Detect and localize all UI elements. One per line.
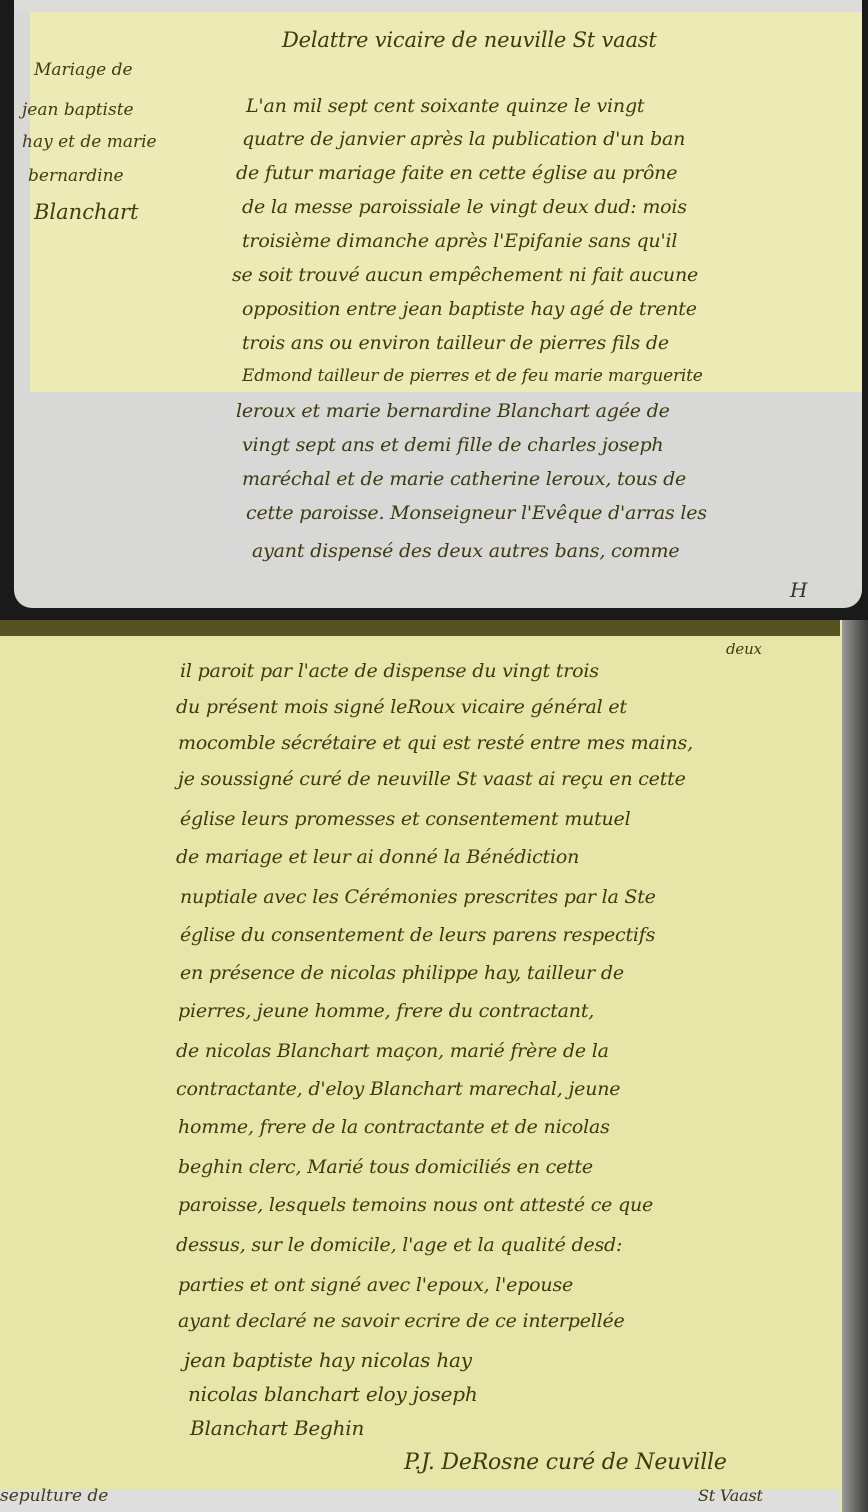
entry-line: contractante, d'eloy Blanchart marechal,… <box>176 1078 620 1100</box>
entry-line: vingt sept ans et demi fille de charles … <box>242 434 663 456</box>
entry-line: du présent mois signé leRoux vicaire gén… <box>176 696 627 718</box>
page-fold-shadow <box>0 620 840 636</box>
signature-line: nicolas blanchart eloy joseph <box>188 1382 478 1406</box>
signature-line: jean baptiste hay nicolas hay <box>184 1348 472 1372</box>
folio-mark: H <box>790 578 807 602</box>
next-entry-margin-note: sepulture de <box>0 1486 108 1506</box>
entry-line: quatre de janvier après la publication d… <box>242 128 685 150</box>
entry-line: parties et ont signé avec l'epoux, l'epo… <box>178 1274 573 1296</box>
register-page-bottom: deux il paroit par l'acte de dispense du… <box>0 620 868 1512</box>
margin-note-line: Blanchart <box>34 200 138 225</box>
entry-line: de mariage et leur ai donné la Bénédicti… <box>176 846 579 868</box>
register-page-top: Delattre vicaire de neuville St vaast Ma… <box>14 0 862 608</box>
margin-note-line: jean baptiste <box>22 100 134 120</box>
entry-line: église du consentement de leurs parens r… <box>180 924 655 946</box>
entry-line: de futur mariage faite en cette église a… <box>236 162 677 184</box>
entry-line: Edmond tailleur de pierres et de feu mar… <box>242 366 703 386</box>
entry-line: en présence de nicolas philippe hay, tai… <box>180 962 624 984</box>
entry-line: leroux et marie bernardine Blanchart agé… <box>236 400 670 422</box>
entry-line: dessus, sur le domicile, l'age et la qua… <box>176 1234 622 1256</box>
signature-line: Blanchart Beghin <box>190 1416 364 1440</box>
entry-line: trois ans ou environ tailleur de pierres… <box>242 332 669 354</box>
entry-line: maréchal et de marie catherine leroux, t… <box>242 468 686 490</box>
book-binding <box>842 620 868 1512</box>
entry-line: ayant declaré ne savoir ecrire de ce int… <box>178 1310 625 1332</box>
entry-line: pierres, jeune homme, frere du contracta… <box>178 1000 594 1022</box>
entry-line: homme, frere de la contractante et de ni… <box>178 1116 610 1138</box>
entry-line: église leurs promesses et consentement m… <box>180 808 630 830</box>
interlinear-insertion: deux <box>726 640 762 658</box>
page-edge <box>14 0 862 12</box>
margin-note-line: hay et de marie <box>22 132 157 152</box>
priest-signature-continued: St Vaast <box>698 1486 763 1505</box>
entry-line: je soussigné curé de neuville St vaast a… <box>178 768 686 790</box>
priest-signature: P.J. DeRosne curé de Neuville <box>404 1450 727 1475</box>
entry-line: nuptiale avec les Cérémonies prescrites … <box>180 886 656 908</box>
entry-line: de nicolas Blanchart maçon, marié frère … <box>176 1040 609 1062</box>
margin-note-line: bernardine <box>28 166 124 186</box>
entry-line: cette paroisse. Monseigneur l'Evêque d'a… <box>246 502 707 524</box>
entry-line: opposition entre jean baptiste hay agé d… <box>242 298 697 320</box>
entry-line: beghin clerc, Marié tous domiciliés en c… <box>178 1156 593 1178</box>
entry-line: il paroit par l'acte de dispense du ving… <box>180 660 599 682</box>
entry-line: de la messe paroissiale le vingt deux du… <box>242 196 687 218</box>
entry-line: ayant dispensé des deux autres bans, com… <box>252 540 679 562</box>
entry-line: paroisse, lesquels temoins nous ont atte… <box>178 1194 653 1216</box>
entry-line: L'an mil sept cent soixante quinze le vi… <box>246 95 644 117</box>
margin-note-line: Mariage de <box>34 60 133 80</box>
entry-line: mocomble sécrétaire et qui est resté ent… <box>178 732 693 754</box>
entry-line: se soit trouvé aucun empêchement ni fait… <box>232 264 698 286</box>
entry-line: troisième dimanche après l'Epifanie sans… <box>242 230 677 252</box>
entry-header: Delattre vicaire de neuville St vaast <box>282 28 657 52</box>
